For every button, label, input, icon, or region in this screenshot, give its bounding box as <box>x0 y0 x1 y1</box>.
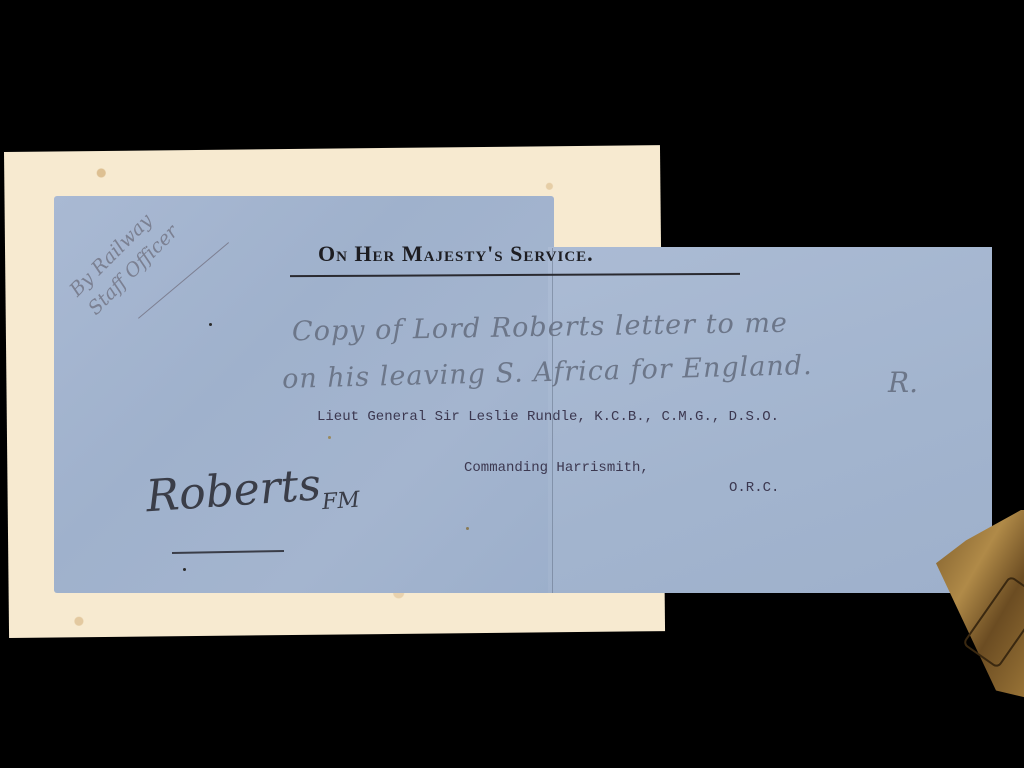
signature-name: Roberts <box>144 459 322 522</box>
signature-suffix: FM <box>321 488 360 516</box>
addressee-region: O.R.C. <box>729 480 779 496</box>
addressee-command: Commanding Harrismith, <box>464 460 649 476</box>
ohms-header: On Her Majesty's Service. <box>318 241 738 267</box>
ink-spot <box>209 323 212 326</box>
envelope-slip-edge <box>548 590 658 593</box>
ink-spot <box>183 568 186 571</box>
addressee-name: Lieut General Sir Leslie Rundle, K.C.B.,… <box>317 409 779 425</box>
ink-spot <box>466 527 469 530</box>
ink-spot <box>328 436 331 439</box>
handwritten-initial: R. <box>888 366 918 399</box>
